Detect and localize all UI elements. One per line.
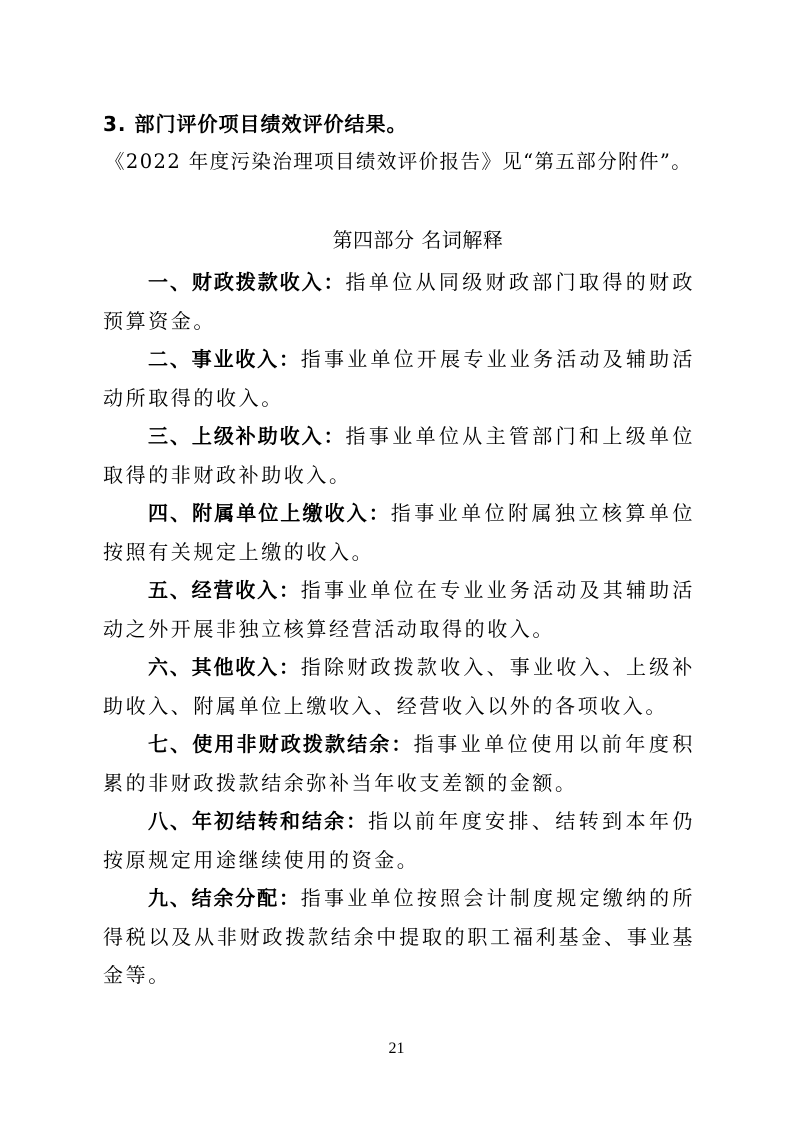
- definition-item: 八、年初结转和结余：指以前年度安排、结转到本年仍按原规定用途继续使用的资金。: [103, 802, 695, 879]
- definition-item: 三、上级补助收入：指事业单位从主管部门和上级单位取得的非财政补助收入。: [103, 417, 695, 494]
- definition-item: 九、结余分配：指事业单位按照会计制度规定缴纳的所得税以及从非财政拨款结余中提取的…: [103, 879, 695, 995]
- definitions-list: 一、财政拨款收入：指单位从同级财政部门取得的财政预算资金。 二、事业收入：指事业…: [103, 263, 695, 995]
- definition-term: 八、年初结转和结余：: [148, 809, 368, 833]
- definition-term: 二、事业收入：: [148, 347, 301, 371]
- page-number: 21: [0, 1040, 793, 1058]
- definition-item: 一、财政拨款收入：指单位从同级财政部门取得的财政预算资金。: [103, 263, 695, 340]
- section-heading: 3. 部门评价项目绩效评价结果。: [103, 108, 407, 137]
- definition-term: 九、结余分配：: [148, 886, 301, 910]
- part-title: 第四部分 名词解释: [103, 224, 693, 253]
- definition-item: 四、附属单位上缴收入：指事业单位附属独立核算单位按照有关规定上缴的收入。: [103, 494, 695, 571]
- report-reference: 《2022 年度污染治理项目绩效评价报告》见“第五部分附件”。: [105, 146, 692, 174]
- definition-item: 二、事业收入：指事业单位开展专业业务活动及辅助活动所取得的收入。: [103, 340, 695, 417]
- definition-item: 五、经营收入：指事业单位在专业业务活动及其辅助活动之外开展非独立核算经营活动取得…: [103, 571, 695, 648]
- definition-term: 一、财政拨款收入：: [148, 270, 346, 294]
- definition-term: 三、上级补助收入：: [148, 424, 346, 448]
- definition-term: 四、附属单位上缴收入：: [148, 501, 391, 525]
- definition-item: 七、使用非财政拨款结余：指事业单位使用以前年度积累的非财政拨款结余弥补当年收支差…: [103, 725, 695, 802]
- definition-term: 七、使用非财政拨款结余：: [148, 732, 414, 756]
- definition-term: 六、其他收入：: [148, 655, 301, 679]
- definition-term: 五、经营收入：: [148, 578, 301, 602]
- definition-item: 六、其他收入：指除财政拨款收入、事业收入、上级补助收入、附属单位上缴收入、经营收…: [103, 648, 695, 725]
